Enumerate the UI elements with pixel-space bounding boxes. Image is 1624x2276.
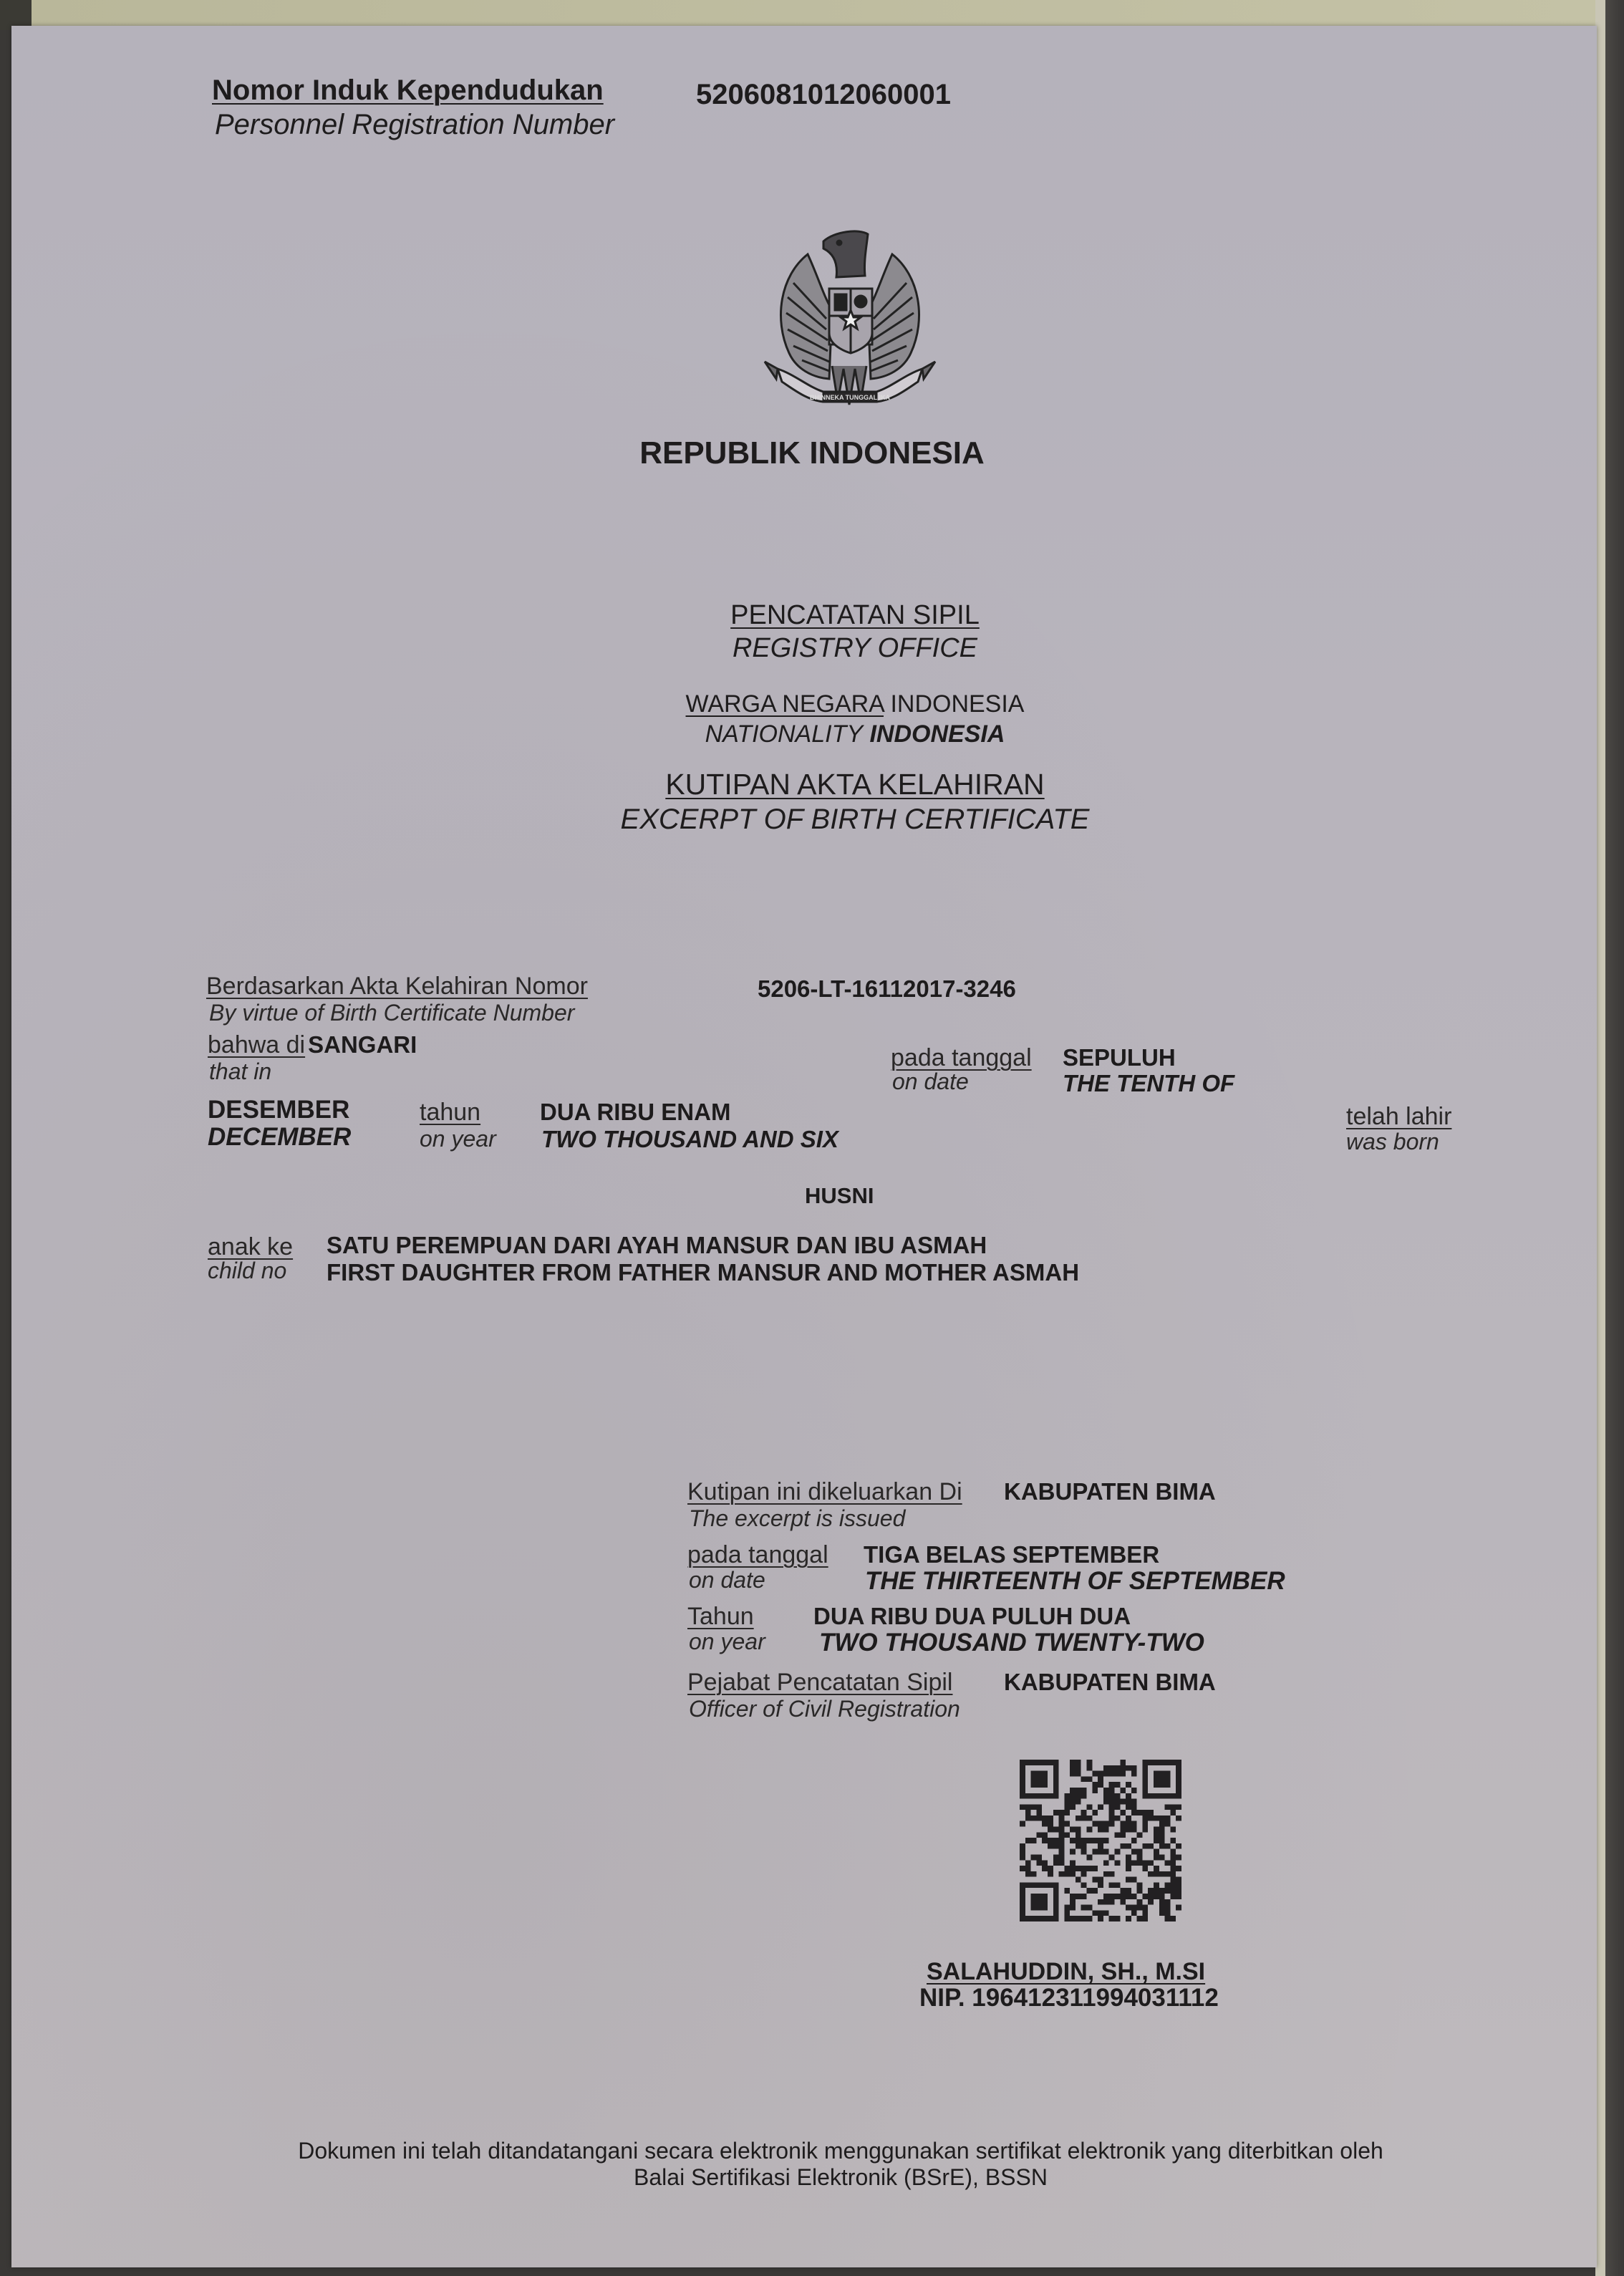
birth-year-en: TWO THOUSAND AND SIX [541,1126,838,1153]
registry-office-label: PENCATATAN SIPIL [730,600,980,630]
certificate-number: 5206-LT-16112017-3246 [758,975,1016,1003]
nationality-label-en: NATIONALITY [705,720,863,748]
nik-value: 5206081012060001 [696,79,951,111]
certificate-number-label: Berdasarkan Akta Kelahiran Nomor [206,973,588,1000]
registry-office-en: REGISTRY OFFICE [0,633,1624,664]
child-name: HUSNI [805,1183,874,1209]
birth-year-label-en: on year [420,1126,496,1152]
signatory-name: SALAHUDDIN, SH., M.SI [927,1958,1205,1986]
nationality-value-en: INDONESIA [869,720,1005,748]
document-title-en: EXCERPT OF BIRTH CERTIFICATE [0,804,1624,836]
issued-label-en: The excerpt is issued [689,1505,905,1532]
country-name: REPUBLIK INDONESIA [0,435,1624,471]
birth-place: bahwa diSANGARI [208,1031,417,1059]
document-title-label: KUTIPAN AKTA KELAHIRAN [665,768,1044,801]
issued-label: Kutipan ini dikeluarkan Di [687,1478,962,1506]
issued-date: TIGA BELAS SEPTEMBER [864,1541,1159,1568]
issued-date-en: THE THIRTEENTH OF SEPTEMBER [865,1567,1285,1596]
garuda-pancasila-emblem-icon: BHINNEKA TUNGGAL IKA [752,226,948,423]
birth-year-label: tahun [420,1099,480,1127]
officer-region: KABUPATEN BIMA [1004,1669,1216,1696]
nationality-label: WARGA NEGARA [686,690,884,718]
issued-year-label: Tahun [687,1603,754,1631]
birth-year: DUA RIBU ENAM [540,1099,730,1126]
nik-label-en: Personnel Registration Number [215,109,614,141]
qr-code-icon [1020,1759,1181,1922]
birth-day: SEPULUH [1063,1044,1176,1071]
issued-year: DUA RIBU DUA PULUH DUA [813,1603,1131,1630]
issued-date-label-en: on date [689,1567,765,1593]
issued-year-en: TWO THOUSAND TWENTY-TWO [819,1629,1204,1657]
officer-label-en: Officer of Civil Registration [689,1696,960,1722]
birth-place-value: SANGARI [308,1031,417,1058]
nationality-value: INDONESIA [890,690,1024,718]
emblem-motto: BHINNEKA TUNGGAL IKA [810,394,890,401]
born-label: telah lahir [1346,1103,1451,1131]
child-order-label-en: child no [208,1258,286,1284]
birth-date-label-en: on date [892,1069,969,1095]
signatory-nip: NIP. 196412311994031112 [919,1984,1219,2012]
registry-office: PENCATATAN SIPIL [0,600,1624,631]
birth-place-label: bahwa di [208,1031,305,1059]
issued-date-label: pada tanggal [687,1541,828,1569]
nationality-en: NATIONALITY INDONESIA [0,720,1624,748]
officer-label: Pejabat Pencatatan Sipil [687,1669,952,1697]
certificate-number-label-en: By virtue of Birth Certificate Number [209,1000,574,1026]
document-title: KUTIPAN AKTA KELAHIRAN [0,768,1624,801]
child-description-en: FIRST DAUGHTER FROM FATHER MANSUR AND MO… [327,1259,1079,1286]
esign-notice-line-2: Balai Sertifikasi Elektronik (BSrE), BSS… [0,2164,1624,2191]
nationality: WARGA NEGARA INDONESIA [0,690,1624,718]
issued-place: KABUPATEN BIMA [1004,1478,1216,1505]
birth-place-label-en: that in [209,1059,271,1085]
birth-month: DESEMBER [208,1096,349,1124]
esign-notice-line-1: Dokumen ini telah ditandatangani secara … [0,2138,1624,2164]
nik-label: Nomor Induk Kependudukan [212,74,604,107]
born-label-en: was born [1346,1129,1439,1155]
birth-month-en: DECEMBER [208,1123,351,1152]
birth-day-en: THE TENTH OF [1063,1070,1234,1097]
issued-year-label-en: on year [689,1629,765,1655]
background-edge [1595,0,1624,2276]
child-description: SATU PEREMPUAN DARI AYAH MANSUR DAN IBU … [327,1232,987,1259]
